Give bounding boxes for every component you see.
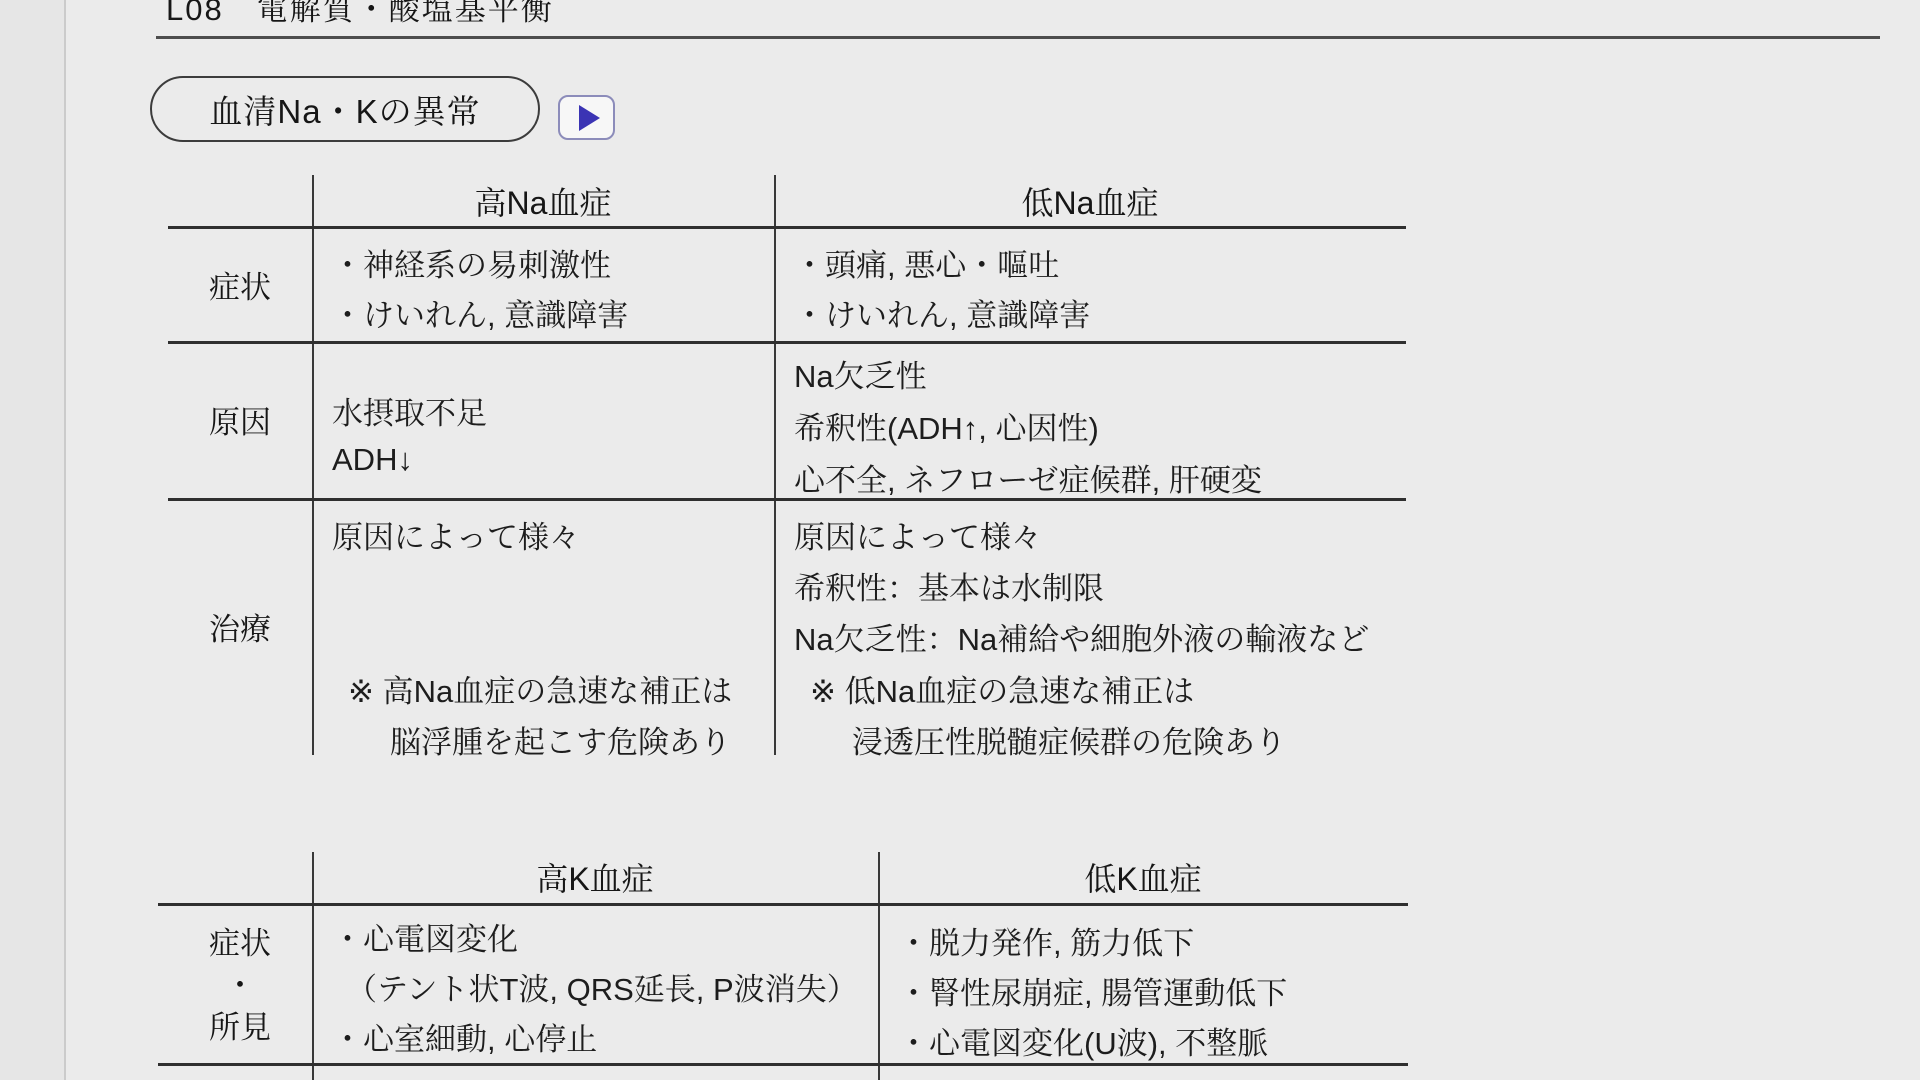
play-icon: [579, 105, 600, 131]
cell-line: ADH↓: [332, 435, 487, 485]
k-col-header-high: 高K血症: [312, 850, 878, 903]
na-table-hline-header: [168, 226, 1406, 229]
na-treatment-low-note: ※ 低Na血症の急速な補正は 浸透圧性脱髄症候群の危険あり: [810, 663, 1286, 765]
na-row-label-symptoms: 症状: [168, 228, 312, 341]
k-table-hline-header: [158, 903, 1408, 906]
na-col-header-low-label: 低Na血症: [1022, 178, 1159, 224]
cell-line: ※ 高Na血症の急速な補正は: [348, 663, 732, 714]
na-treatment-low-cell: 原因によって様々 希釈性：基本は水制限 Na欠乏性：Na補給や細胞外液の輸液など: [794, 509, 1369, 662]
na-col-header-high: 高Na血症: [312, 175, 774, 226]
cell-line: 心不全, ネフローゼ症候群, 肝硬変: [794, 451, 1262, 503]
na-table-hline-1: [168, 341, 1406, 344]
k-row-label-findings: 症状 ・ 所見: [168, 919, 312, 1045]
row-label-line: 所見: [168, 1003, 312, 1045]
na-table-vline-mid: [774, 175, 776, 755]
na-treatment-high-cell: 原因によって様々: [332, 509, 580, 560]
play-button[interactable]: [558, 95, 615, 140]
cell-line: 脳浮腫を起こす危険あり: [348, 714, 732, 765]
cell-line: 原因によって様々: [794, 509, 1369, 560]
na-treatment-high-note: ※ 高Na血症の急速な補正は 脳浮腫を起こす危険あり: [348, 663, 732, 765]
cell-line: ・心電図変化: [332, 911, 858, 961]
na-symptoms-high-cell: ・神経系の易刺激性 ・けいれん, 意識障害: [332, 237, 628, 337]
na-row-label-treatment-text: 治療: [209, 604, 271, 649]
na-row-label-symptoms-text: 症状: [209, 262, 271, 307]
cell-line: ・頭痛, 悪心・嘔吐: [794, 237, 1090, 287]
cell-line: Na欠乏性: [794, 347, 1262, 399]
cell-line: 浸透圧性脱髄症候群の危険あり: [810, 714, 1286, 765]
notes-page: L08 電解質・酸塩基平衡 血清Na・Kの異常 高Na血症 低Na血症 症状 原…: [0, 0, 1920, 1080]
gutter-divider: [64, 0, 66, 1080]
k-findings-low-cell: ・脱力発作, 筋力低下 ・腎性尿崩症, 腸管運動低下 ・心電図変化(U波), 不…: [898, 915, 1287, 1065]
cell-line: ・神経系の易刺激性: [332, 237, 628, 287]
cell-line: Na欠乏性：Na補給や細胞外液の輸液など: [794, 611, 1369, 662]
cell-line: 原因によって様々: [332, 509, 580, 560]
na-row-label-treatment: 治療: [168, 498, 312, 755]
k-col-header-low-label: 低K血症: [1084, 854, 1201, 900]
cell-line: 希釈性(ADH↑, 心因性): [794, 399, 1262, 451]
cell-line: 希釈性：基本は水制限: [794, 560, 1369, 611]
cell-line: ・けいれん, 意識障害: [332, 287, 628, 337]
cell-line: ・脱力発作, 筋力低下: [898, 915, 1287, 965]
cell-line: ・けいれん, 意識障害: [794, 287, 1090, 337]
section-title-badge: 血清Na・Kの異常: [150, 76, 540, 142]
k-col-header-high-label: 高K血症: [536, 854, 653, 900]
na-row-label-cause-text: 原因: [209, 397, 271, 442]
na-col-header-high-label: 高Na血症: [475, 178, 612, 224]
left-gutter: [0, 0, 64, 1080]
na-table-vline-label: [312, 175, 314, 755]
section-title: 血清Na・Kの異常: [209, 86, 480, 133]
na-row-label-cause: 原因: [168, 341, 312, 498]
na-cause-high-cell: 水摂取不足 ADH↓: [332, 385, 487, 485]
header-rule: [156, 36, 1880, 39]
cell-line: ※ 低Na血症の急速な補正は: [810, 663, 1286, 714]
row-label-line: 症状: [168, 919, 312, 961]
cell-line: ・心電図変化(U波), 不整脈: [898, 1015, 1287, 1065]
k-findings-high-cell: ・心電図変化 （テント状T波, QRS延長, P波消失） ・心室細動, 心停止: [332, 911, 858, 1061]
lecture-title: L08 電解質・酸塩基平衡: [166, 0, 554, 29]
na-symptoms-low-cell: ・頭痛, 悪心・嘔吐 ・けいれん, 意識障害: [794, 237, 1090, 337]
cell-line: ・腎性尿崩症, 腸管運動低下: [898, 965, 1287, 1015]
cell-line: （テント状T波, QRS延長, P波消失）: [332, 961, 858, 1011]
k-col-header-low: 低K血症: [878, 850, 1408, 903]
cell-line: 水摂取不足: [332, 385, 487, 435]
na-col-header-low: 低Na血症: [774, 175, 1406, 226]
na-cause-low-cell: Na欠乏性 希釈性(ADH↑, 心因性) 心不全, ネフローゼ症候群, 肝硬変: [794, 347, 1262, 503]
row-label-line: ・: [168, 961, 312, 1003]
cell-line: ・心室細動, 心停止: [332, 1011, 858, 1061]
